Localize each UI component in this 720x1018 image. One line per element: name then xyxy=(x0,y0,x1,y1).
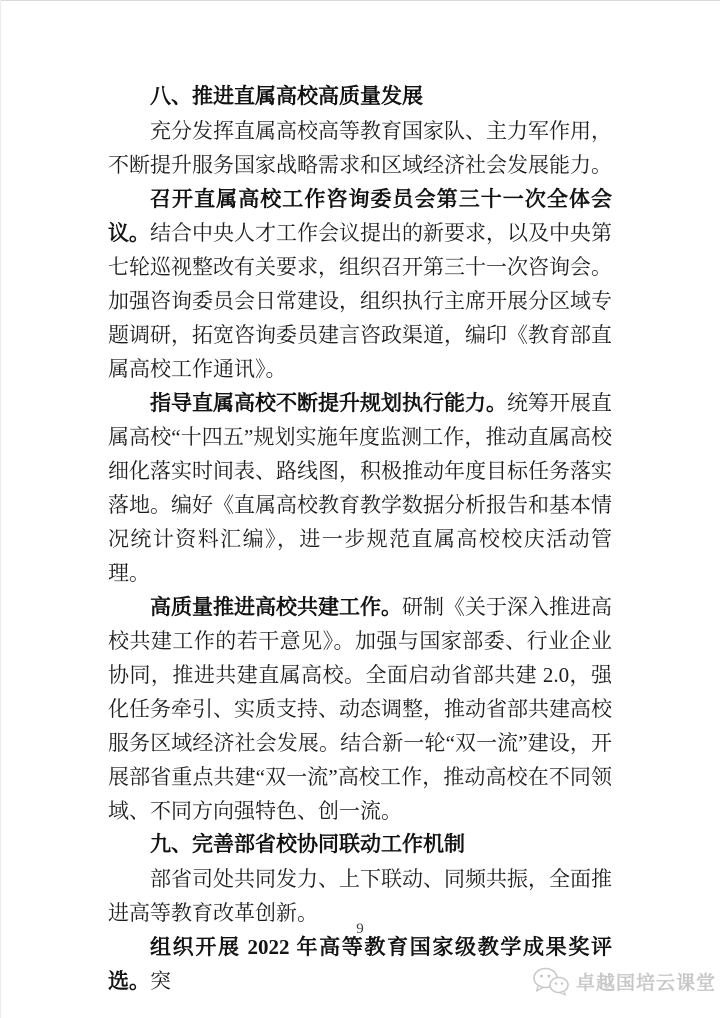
paragraph-1: 充分发挥直属高校高等教育国家队、主力军作用，不断提升服务国家战略需求和区域经济社… xyxy=(108,114,612,182)
paragraph-3-bold-lead: 指导直属高校不断提升规划执行能力。 xyxy=(150,391,507,415)
paragraph-2: 召开直属高校工作咨询委员会第三十一次全体会议。结合中央人才工作会议提出的新要求，… xyxy=(108,182,612,386)
paragraph-4-text: 研制《关于深入推进高校共建工作的若干意见》。加强与国家部委、行业企业协同，推进共… xyxy=(108,595,612,823)
section-heading-9: 九、完善部省校协同联动工作机制 xyxy=(108,828,612,862)
wechat-icon xyxy=(532,966,569,996)
document-page: 八、推进直属高校高质量发展 充分发挥直属高校高等教育国家队、主力军作用，不断提升… xyxy=(0,0,720,1018)
paragraph-4: 高质量推进高校共建工作。研制《关于深入推进高校共建工作的若干意见》。加强与国家部… xyxy=(108,590,612,828)
section-heading-8: 八、推进直属高校高质量发展 xyxy=(108,80,612,114)
document-body: 八、推进直属高校高质量发展 充分发挥直属高校高等教育国家队、主力军作用，不断提升… xyxy=(108,80,612,998)
paragraph-3: 指导直属高校不断提升规划执行能力。统筹开展直属高校“十四五”规划实施年度监测工作… xyxy=(108,386,612,590)
watermark-text: 卓越国培云课堂 xyxy=(576,968,716,995)
page-left-edge xyxy=(0,0,1,1018)
paragraph-1-text: 充分发挥直属高校高等教育国家队、主力军作用，不断提升服务国家战略需求和区域经济社… xyxy=(108,119,612,177)
paragraph-4-bold-lead: 高质量推进高校共建工作。 xyxy=(150,595,402,619)
paragraph-6-text: 突 xyxy=(150,969,171,993)
page-top-edge xyxy=(0,0,720,1)
page-number: 9 xyxy=(0,921,720,938)
paragraph-5: 部省司处共同发力、上下联动、同频共振，全面推进高等教育改革创新。 xyxy=(108,862,612,930)
paragraph-5-text: 部省司处共同发力、上下联动、同频共振，全面推进高等教育改革创新。 xyxy=(108,867,612,925)
paragraph-3-text: 统筹开展直属高校“十四五”规划实施年度监测工作，推动直属高校细化落实时间表、路线… xyxy=(108,391,612,585)
paragraph-2-text: 结合中央人才工作会议提出的新要求，以及中央第七轮巡视整改有关要求，组织召开第三十… xyxy=(108,221,612,381)
watermark: 卓越国培云课堂 xyxy=(532,966,716,996)
